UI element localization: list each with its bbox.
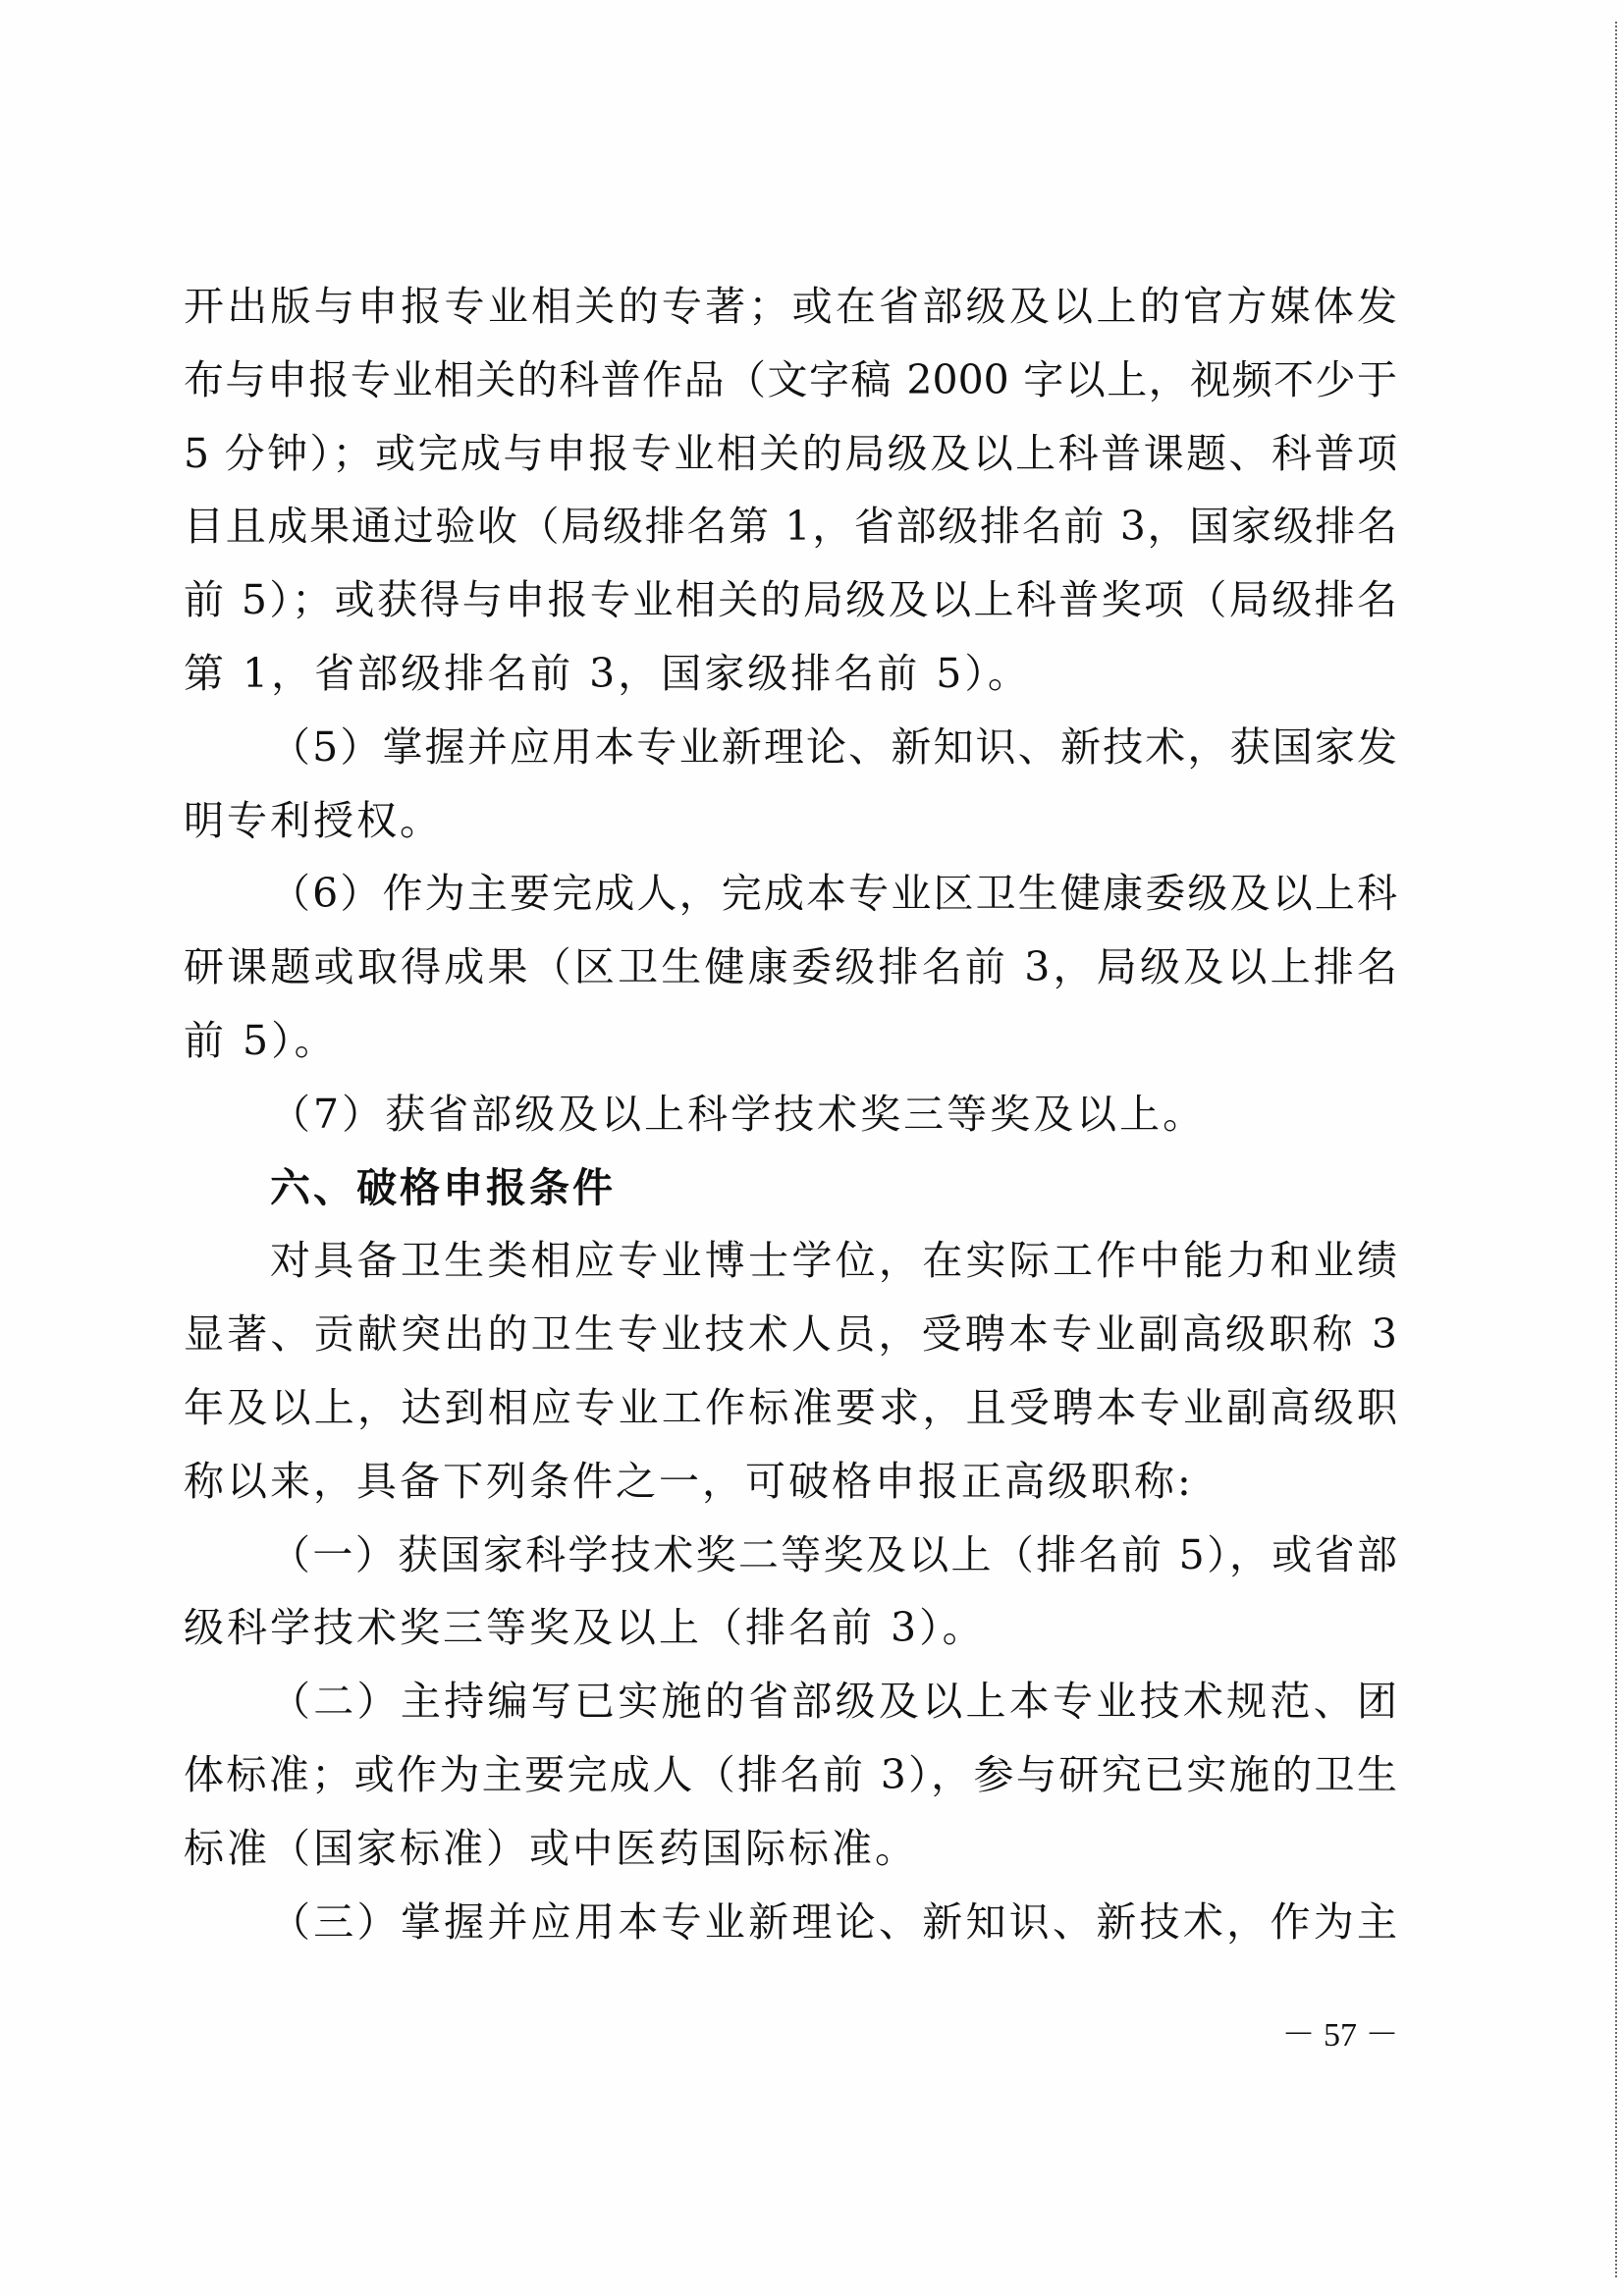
text-line: 明专利授权。 [184,799,1397,842]
text-line: 前 5）；或获得与申报专业相关的局级及以上科普奖项（局级排名 [184,578,1397,621]
text-line: 称以来，具备下列条件之一，可破格申报正高级职称: [184,1460,1397,1503]
text-line: 级科学技术奖三等奖及以上（排名前 3）。 [184,1606,1397,1649]
text-line: 显著、贡献突出的卫生专业技术人员，受聘本专业副高级职称 3 [184,1312,1397,1356]
text-line: （二）主持编写已实施的省部级及以上本专业技术规范、团 [270,1680,1397,1723]
text-line: （一）获国家科学技术奖二等奖及以上（排名前 5），或省部 [270,1533,1397,1576]
section-heading: 六、破格申报条件 [270,1166,1397,1209]
text-line: 第 1，省部级排名前 3，国家级排名前 5）。 [184,652,1397,695]
text-line: 目且成果通过验收（局级排名第 1，省部级排名前 3，国家级排名 [184,505,1397,548]
page-edge-divider [1615,22,1617,2277]
text-line: 研课题或取得成果（区卫生健康委级排名前 3，局级及以上排名 [184,945,1397,988]
text-line: （5）掌握并应用本专业新理论、新知识、新技术，获国家发 [270,725,1397,769]
text-line: （6）作为主要完成人，完成本专业区卫生健康委级及以上科 [270,872,1397,915]
text-line: 前 5）。 [184,1019,1397,1062]
text-line: 年及以上，达到相应专业工作标准要求，且受聘本专业副高级职 [184,1386,1397,1429]
text-line: 体标准；或作为主要完成人（排名前 3），参与研究已实施的卫生 [184,1753,1397,1796]
document-page: 开出版与申报专业相关的专著；或在省部级及以上的官方媒体发 布与申报专业相关的科普… [0,0,1623,2296]
text-line: 5 分钟）；或完成与申报专业相关的局级及以上科普课题、科普项 [184,432,1397,475]
text-line: 布与申报专业相关的科普作品（文字稿 2000 字以上，视频不少于 [184,358,1397,401]
text-line: （7）获省部级及以上科学技术奖三等奖及以上。 [270,1093,1397,1136]
text-line: （三）掌握并应用本专业新理论、新知识、新技术，作为主 [270,1900,1397,1944]
text-line: 开出版与申报专业相关的专著；或在省部级及以上的官方媒体发 [184,285,1397,328]
text-line: 标准（国家标准）或中医药国际标准。 [184,1827,1397,1870]
page-number: － 57 － [1276,2014,1404,2057]
text-line: 对具备卫生类相应专业博士学位，在实际工作中能力和业绩 [270,1239,1397,1282]
